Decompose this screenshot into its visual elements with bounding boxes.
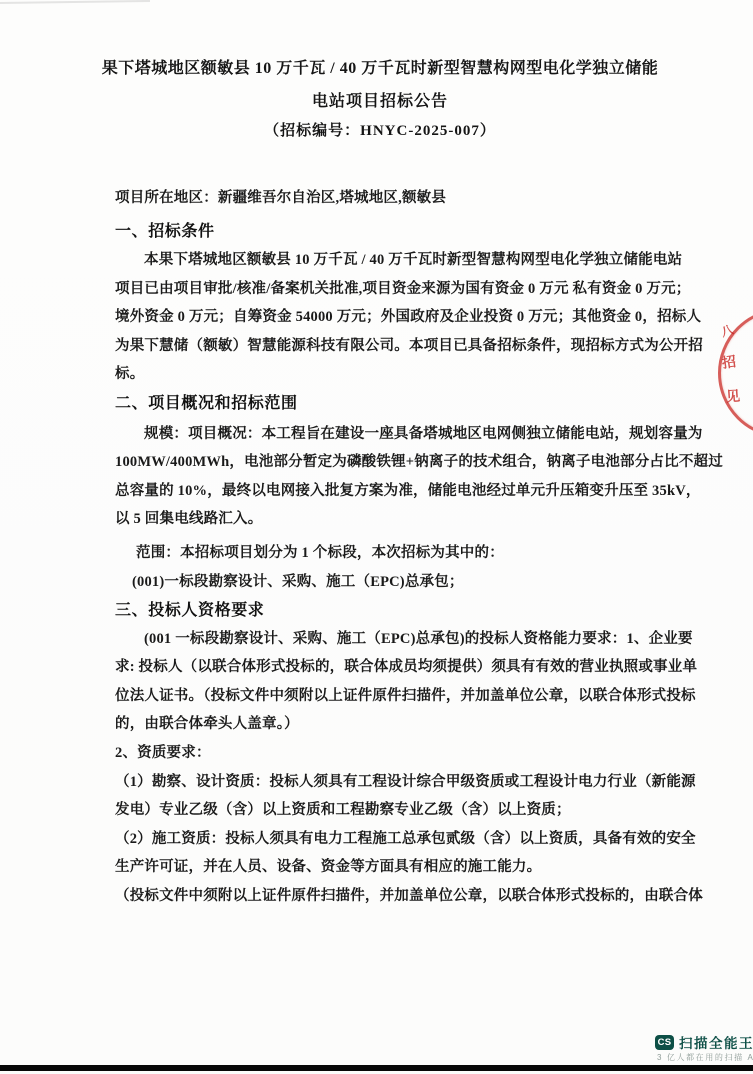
camscanner-tagline: 3 亿人都在用的扫描 App [657,1052,753,1063]
document-title-line1: 果下塔城地区额敏县 10 万千瓦 / 40 万千瓦时新型智慧构网型电化学独立储能 [100,58,660,80]
doc-line: （投标文件中须附以上证件原件扫描件，并加盖单位公章，以联合体形式投标的，由联合体 [115,880,660,909]
stamp-glyph: 八 [719,321,736,341]
tender-number: （招标编号：HNYC-2025-007） [100,121,660,141]
scanned-document-page: 果下塔城地区额敏县 10 万千瓦 / 40 万千瓦时新型智慧构网型电化学独立储能… [0,0,753,1074]
doc-line: 2、资质要求： [115,737,660,766]
doc-line: 的，由联合体牵头人盖章。） [115,709,660,738]
doc-line: 100MW/400MWh，电池部分暂定为磷酸铁锂+钠离子的技术组合，钠离子电池部… [115,446,660,475]
doc-line: 求: 投标人（以联合体形式投标的，联合体成员均须提供）须具有有效的营业执照或事业… [115,652,660,681]
doc-line: 生产许可证，并在人员、设备、资金等方面具有相应的施工能力。 [115,852,660,881]
camscanner-logo-icon: CS [655,1035,674,1050]
doc-line: 以 5 回集电线路汇入。 [115,504,660,533]
section-heading-1: 一、招标条件 [115,216,660,245]
doc-line: （1）勘察、设计资质：投标人须具有工程设计综合甲级资质或工程设计电力行业（新能源 [115,766,660,795]
document-title-line2: 电站项目招标公告 [100,91,660,113]
scan-edge-artifact [0,0,150,4]
doc-line: 项目已由项目审批/核准/备案机关批准,项目资金来源为国有资金 0 万元 私有资金… [115,273,660,302]
camscanner-name-text: 扫描全能王 [679,1036,753,1051]
doc-line: (001)一标段勘察设计、采购、施工（EPC)总承包； [115,566,660,595]
camscanner-watermark: CS 扫描全能王™ [655,1032,753,1052]
doc-line: 本果下塔城地区额敏县 10 万千瓦 / 40 万千瓦时新型智慧构网型电化学独立储… [115,244,660,273]
camscanner-app-name: 扫描全能王™ [679,1032,753,1052]
doc-line: 范围：本招标项目划分为 1 个标段，本次招标为其中的： [115,537,660,566]
document-header: 果下塔城地区额敏县 10 万千瓦 / 40 万千瓦时新型智慧构网型电化学独立储能… [100,58,660,141]
section-heading-2: 二、项目概况和招标范围 [115,387,660,416]
doc-line: （2）施工资质：投标人须具有电力工程施工总承包贰级（含）以上资质，具备有效的安全 [115,823,660,852]
doc-line: 境外资金 0 万元；自筹资金 54000 万元；外国政府及企业投资 0 万元；其… [115,301,660,330]
doc-line: 发电）专业乙级（含）以上资质和工程勘察专业乙级（含）以上资质； [115,794,660,823]
doc-line: 位法人证书。（投标文件中须附以上证件原件扫描件，并加盖单位公章，以联合体形式投标 [115,680,660,709]
project-location-line: 项目所在地区：新疆维吾尔自治区,塔城地区,额敏县 [115,182,660,211]
doc-line: 总容量的 10%，最终以电网接入批复方案为准，储能电池经过单元升压箱变升压至 3… [115,475,660,504]
stamp-glyph: 见 [725,386,740,407]
section-heading-3: 三、投标人资格要求 [115,594,660,623]
doc-line: 为果下慧储（额敏）智慧能源科技有限公司。本项目已具备招标条件，现招标方式为公开招 [115,330,660,359]
doc-line: 规模：项目概况：本工程旨在建设一座具备塔城地区电网侧独立储能电站，规划容量为 [115,418,660,447]
doc-line: (001 一标段勘察设计、采购、施工（EPC)总承包)的投标人资格能力要求：1、… [115,623,660,652]
scan-bottom-edge [0,1065,753,1071]
doc-line: 标。 [115,359,660,388]
document-body: 项目所在地区：新疆维吾尔自治区,塔城地区,额敏县 一、招标条件 本果下塔城地区额… [115,182,660,909]
stamp-glyph: 招 [721,351,738,373]
